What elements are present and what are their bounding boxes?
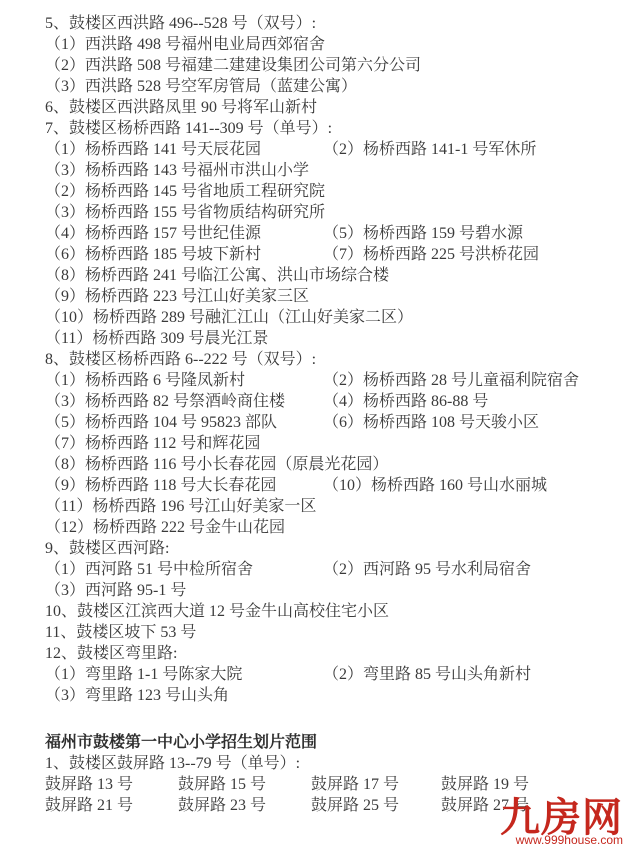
line-text: （1）杨桥西路 141 号天辰花园 <box>45 141 261 158</box>
list-line: （1）西洪路 498 号福州电业局西郊宿舍 <box>45 34 625 55</box>
line-text: （4）杨桥西路 86-88 号 <box>323 391 488 412</box>
list-line: （3）弯里路 123 号山头角 <box>45 685 625 706</box>
line-text: （2）杨桥西路 145 号省地质工程研究院 <box>45 183 325 200</box>
list-line: 5、鼓楼区西洪路 496--528 号（双号）: <box>45 13 625 34</box>
list-line: 12、鼓楼区弯里路: <box>45 643 625 664</box>
line-text: 鼓屏路 15 号 <box>178 774 266 795</box>
line-text: 鼓屏路 13 号 <box>45 774 133 795</box>
list-line: （12）杨桥西路 222 号金牛山花园 <box>45 517 625 538</box>
list-line: 8、鼓楼区杨桥西路 6--222 号（双号）: <box>45 349 625 370</box>
list-line: （1）杨桥西路 6 号隆凤新村（2）杨桥西路 28 号儿童福利院宿舍 <box>45 370 625 391</box>
list-line: 鼓屏路 21 号鼓屏路 23 号鼓屏路 25 号鼓屏路 27 号 <box>45 795 625 816</box>
list-line: 7、鼓楼区杨桥西路 141--309 号（单号）: <box>45 118 625 139</box>
line-text: （5）杨桥西路 104 号 95823 部队 <box>45 414 277 431</box>
list-line: （1）杨桥西路 141 号天辰花园（2）杨桥西路 141-1 号军休所 <box>45 139 625 160</box>
line-text: 5、鼓楼区西洪路 496--528 号（双号）: <box>45 15 316 32</box>
line-text: （4）杨桥西路 157 号世纪佳源 <box>45 225 261 242</box>
list-line: 11、鼓楼区坡下 53 号 <box>45 622 625 643</box>
line-text: 7、鼓楼区杨桥西路 141--309 号（单号）: <box>45 120 332 137</box>
address-list: 5、鼓楼区西洪路 496--528 号（双号）:（1）西洪路 498 号福州电业… <box>45 13 625 816</box>
line-text: （2）弯里路 85 号山头角新村 <box>323 664 531 685</box>
line-text: （9）杨桥西路 223 号江山好美家三区 <box>45 288 309 305</box>
list-line: （4）杨桥西路 157 号世纪佳源（5）杨桥西路 159 号碧水源 <box>45 223 625 244</box>
line-text: 9、鼓楼区西河路: <box>45 540 169 557</box>
list-line: 6、鼓楼区西洪路凤里 90 号将军山新村 <box>45 97 625 118</box>
line-text: 10、鼓楼区江滨西大道 12 号金牛山高校住宅小区 <box>45 603 389 620</box>
line-text: （3）西洪路 528 号空军房管局（蓝建公寓） <box>45 78 357 95</box>
list-line: （10）杨桥西路 289 号融汇江山（江山好美家二区） <box>45 307 625 328</box>
list-line: 10、鼓楼区江滨西大道 12 号金牛山高校住宅小区 <box>45 601 625 622</box>
line-text: （7）杨桥西路 112 号和辉花园 <box>45 435 260 452</box>
line-text: （3）西河路 95-1 号 <box>45 582 186 599</box>
list-line: （1）西河路 51 号中检所宿舍（2）西河路 95 号水利局宿舍 <box>45 559 625 580</box>
line-text: （3）杨桥西路 155 号省物质结构研究所 <box>45 204 325 221</box>
line-text: （12）杨桥西路 222 号金牛山花园 <box>45 519 285 536</box>
line-text: 1、鼓楼区鼓屏路 13--79 号（单号）: <box>45 755 300 772</box>
line-text: 11、鼓楼区坡下 53 号 <box>45 624 196 641</box>
line-text: （3）杨桥西路 82 号祭酒岭商住楼 <box>45 393 285 410</box>
line-text: （10）杨桥西路 289 号融汇江山（江山好美家二区） <box>45 309 413 326</box>
line-text: （7）杨桥西路 225 号洪桥花园 <box>323 244 539 265</box>
line-text: 8、鼓楼区杨桥西路 6--222 号（双号）: <box>45 351 316 368</box>
line-text: （2）西洪路 508 号福建二建建设集团公司第六分公司 <box>45 57 421 74</box>
line-text: （1）西洪路 498 号福州电业局西郊宿舍 <box>45 36 325 53</box>
line-text: 鼓屏路 19 号 <box>441 774 529 795</box>
list-line: 鼓屏路 13 号鼓屏路 15 号鼓屏路 17 号鼓屏路 19 号 <box>45 774 625 795</box>
line-text: （10）杨桥西路 160 号山水丽城 <box>323 475 547 496</box>
watermark-url: www.999house.com <box>500 834 623 847</box>
line-text: （9）杨桥西路 118 号大长春花园 <box>45 477 276 494</box>
list-line: （7）杨桥西路 112 号和辉花园 <box>45 433 625 454</box>
line-text: 鼓屏路 27 号 <box>441 795 529 816</box>
line-text: 6、鼓楼区西洪路凤里 90 号将军山新村 <box>45 99 317 116</box>
list-line: （8）杨桥西路 241 号临江公寓、洪山市场综合楼 <box>45 265 625 286</box>
line-text: （8）杨桥西路 241 号临江公寓、洪山市场综合楼 <box>45 267 389 284</box>
line-text: 12、鼓楼区弯里路: <box>45 645 177 662</box>
line-text: （1）杨桥西路 6 号隆凤新村 <box>45 372 245 389</box>
list-line: （3）杨桥西路 143 号福州市洪山小学 <box>45 160 625 181</box>
list-line: （3）西河路 95-1 号 <box>45 580 625 601</box>
list-line: （2）西洪路 508 号福建二建建设集团公司第六分公司 <box>45 55 625 76</box>
line-text: （11）杨桥西路 196 号江山好美家一区 <box>45 498 316 515</box>
line-text: （3）杨桥西路 143 号福州市洪山小学 <box>45 162 309 179</box>
section-title: 福州市鼓楼第一中心小学招生划片范围 <box>45 732 625 753</box>
list-line: （3）杨桥西路 155 号省物质结构研究所 <box>45 202 625 223</box>
line-text: （8）杨桥西路 116 号小长春花园（原晨光花园） <box>45 456 388 473</box>
line-text: （1）弯里路 1-1 号陈家大院 <box>45 666 242 683</box>
list-line: （1）弯里路 1-1 号陈家大院（2）弯里路 85 号山头角新村 <box>45 664 625 685</box>
list-line: （5）杨桥西路 104 号 95823 部队（6）杨桥西路 108 号天骏小区 <box>45 412 625 433</box>
document-page: 5、鼓楼区西洪路 496--528 号（双号）:（1）西洪路 498 号福州电业… <box>0 0 625 849</box>
list-line: 9、鼓楼区西河路: <box>45 538 625 559</box>
line-text: （1）西河路 51 号中检所宿舍 <box>45 561 253 578</box>
line-text: （2）杨桥西路 141-1 号军休所 <box>323 139 536 160</box>
line-text: （11）杨桥西路 309 号晨光江景 <box>45 330 268 347</box>
line-text: 鼓屏路 21 号 <box>45 795 133 816</box>
list-line: （11）杨桥西路 196 号江山好美家一区 <box>45 496 625 517</box>
line-text: （6）杨桥西路 108 号天骏小区 <box>323 412 539 433</box>
line-text: 福州市鼓楼第一中心小学招生划片范围 <box>45 734 317 751</box>
list-line: （3）杨桥西路 82 号祭酒岭商住楼（4）杨桥西路 86-88 号 <box>45 391 625 412</box>
list-line: （11）杨桥西路 309 号晨光江景 <box>45 328 625 349</box>
list-line: 1、鼓楼区鼓屏路 13--79 号（单号）: <box>45 753 625 774</box>
list-line: （2）杨桥西路 145 号省地质工程研究院 <box>45 181 625 202</box>
list-line: （3）西洪路 528 号空军房管局（蓝建公寓） <box>45 76 625 97</box>
line-text: 鼓屏路 23 号 <box>178 795 266 816</box>
list-line: （8）杨桥西路 116 号小长春花园（原晨光花园） <box>45 454 625 475</box>
line-text: 鼓屏路 25 号 <box>311 795 399 816</box>
list-line: （9）杨桥西路 118 号大长春花园（10）杨桥西路 160 号山水丽城 <box>45 475 625 496</box>
line-text: （3）弯里路 123 号山头角 <box>45 687 229 704</box>
line-text: （6）杨桥西路 185 号坡下新村 <box>45 246 261 263</box>
list-line: （6）杨桥西路 185 号坡下新村（7）杨桥西路 225 号洪桥花园 <box>45 244 625 265</box>
line-text: （2）西河路 95 号水利局宿舍 <box>323 559 531 580</box>
line-text: （5）杨桥西路 159 号碧水源 <box>323 223 523 244</box>
line-text: （2）杨桥西路 28 号儿童福利院宿舍 <box>323 370 579 391</box>
list-line: （9）杨桥西路 223 号江山好美家三区 <box>45 286 625 307</box>
line-text: 鼓屏路 17 号 <box>311 774 399 795</box>
